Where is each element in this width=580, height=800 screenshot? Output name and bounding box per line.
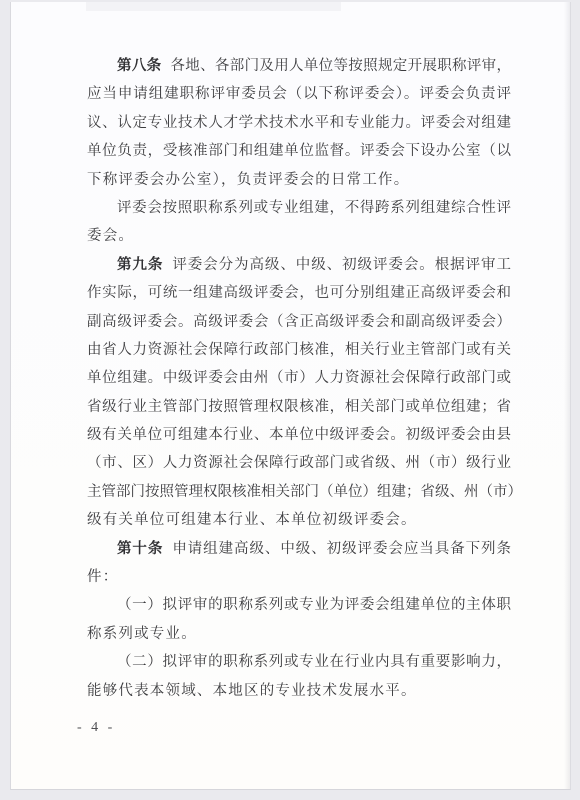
text-line: 委会。 [87, 222, 511, 250]
text-line: 第八条各地、各部门及用人单位等按照规定开展职称评审， [87, 52, 511, 80]
text-line: 单位组建。中级评委会由州（市）人力资源社会保障行政部门或 [87, 364, 511, 392]
text-line: 单位负责，受核准部门和组建单位监督。评委会下设办公室（以 [87, 137, 511, 165]
line-text: 申请组建高级、中级、初级评委会应当具备下列条 [172, 541, 511, 557]
text-line: 主管部门按照管理权限核准相关部门（单位）组建；省级、州（市） [87, 478, 511, 506]
text-line: 评委会按照职称系列或专业组建，不得跨系列组建综合性评 [87, 194, 511, 222]
scan-light-band [86, 2, 341, 11]
page-number: - 4 - [77, 718, 115, 738]
text-line: 省级行业主管部门按照管理权限核准，相关部门或单位组建；省 [87, 393, 511, 421]
text-line: 议、认定专业技术人才学术技术水平和专业能力。评委会对组建 [87, 109, 511, 137]
document-page: 第八条各地、各部门及用人单位等按照规定开展职称评审，应当申请组建职称评审委员会（… [10, 2, 571, 790]
scanned-document: 第八条各地、各部门及用人单位等按照规定开展职称评审，应当申请组建职称评审委员会（… [0, 0, 580, 800]
article-number: 第十条 [117, 541, 163, 557]
text-line: 下称评委会办公室），负责评委会的日常工作。 [87, 166, 511, 194]
text-line: 应当申请组建职称评审委员会（以下称评委会）。评委会负责评 [87, 80, 511, 108]
text-line: 级有关单位可组建本行业、本单位中级评委会。初级评委会由县 [87, 421, 511, 449]
text-line: 第九条评委会分为高级、中级、初级评委会。根据评审工 [87, 251, 511, 279]
text-line: （二）拟评审的职称系列或专业在行业内具有重要影响力， [87, 648, 511, 676]
line-text: 评委会分为高级、中级、初级评委会。根据评审工 [172, 257, 511, 273]
text-line: 称系列或专业。 [87, 620, 511, 648]
text-line: 级有关单位可组建本行业、本单位初级评委会。 [87, 506, 511, 534]
article-number: 第九条 [117, 257, 163, 273]
text-line: 副高级评委会。高级评委会（含正高级评委会和副高级评委会） [87, 308, 511, 336]
text-line: 作实际，可统一组建高级评委会，也可分别组建正高级评委会和 [87, 279, 511, 307]
article-number: 第八条 [117, 58, 161, 74]
text-line: 第十条申请组建高级、中级、初级评委会应当具备下列条 [87, 535, 511, 563]
line-text: 各地、各部门及用人单位等按照规定开展职称评审， [170, 58, 511, 74]
text-line: 件： [87, 563, 511, 591]
text-line: 由省人力资源社会保障行政部门核准，相关行业主管部门或有关 [87, 336, 511, 364]
text-line: 能够代表本领域、本地区的专业技术发展水平。 [87, 677, 511, 705]
text-line: （一）拟评审的职称系列或专业为评委会组建单位的主体职 [87, 591, 511, 619]
page-edge-shadow [564, 2, 570, 789]
text-line: （市、区）人力资源社会保障行政部门或省级、州（市）级行业 [87, 449, 511, 477]
document-body: 第八条各地、各部门及用人单位等按照规定开展职称评审，应当申请组建职称评审委员会（… [87, 52, 511, 705]
